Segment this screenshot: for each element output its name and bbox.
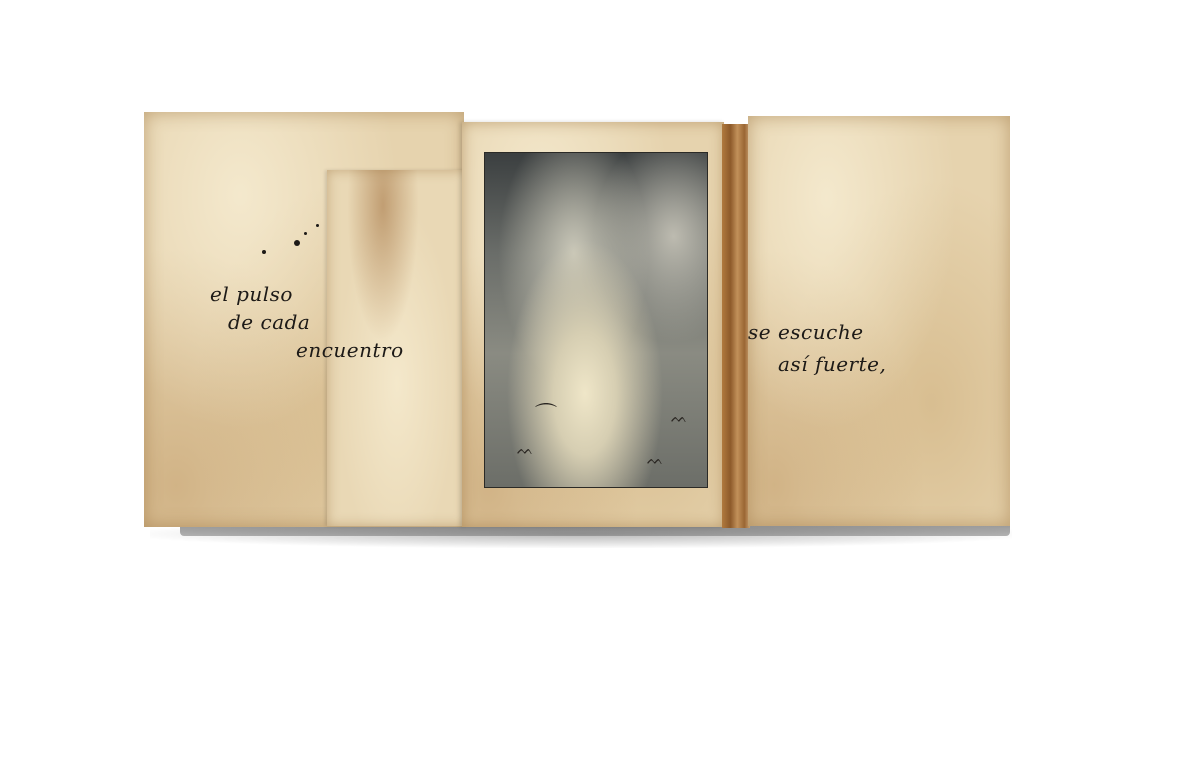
ink-splatter [316,224,319,227]
artist-book: ⌒ ᨓ ᨓ ᨓ el pulso de cada encuentro se es… [144,108,1010,533]
handwriting-line: así fuerte, [778,352,886,376]
bird-icon: ⌒ [535,405,557,427]
ink-splatter [294,240,300,246]
handwriting-line: de cada [228,310,310,334]
bird-icon: ᨓ [671,411,688,425]
handwriting-line: el pulso [210,282,293,306]
bird-icon: ᨓ [647,453,664,467]
bird-icon: ᨓ [517,443,534,457]
ink-splatter [262,250,266,254]
handwriting-line: encuentro [296,338,404,362]
stained-spine [722,124,750,528]
handwriting-line: se escuche [748,320,864,344]
sky-photograph: ⌒ ᨓ ᨓ ᨓ [484,152,708,488]
ink-splatter [304,232,307,235]
